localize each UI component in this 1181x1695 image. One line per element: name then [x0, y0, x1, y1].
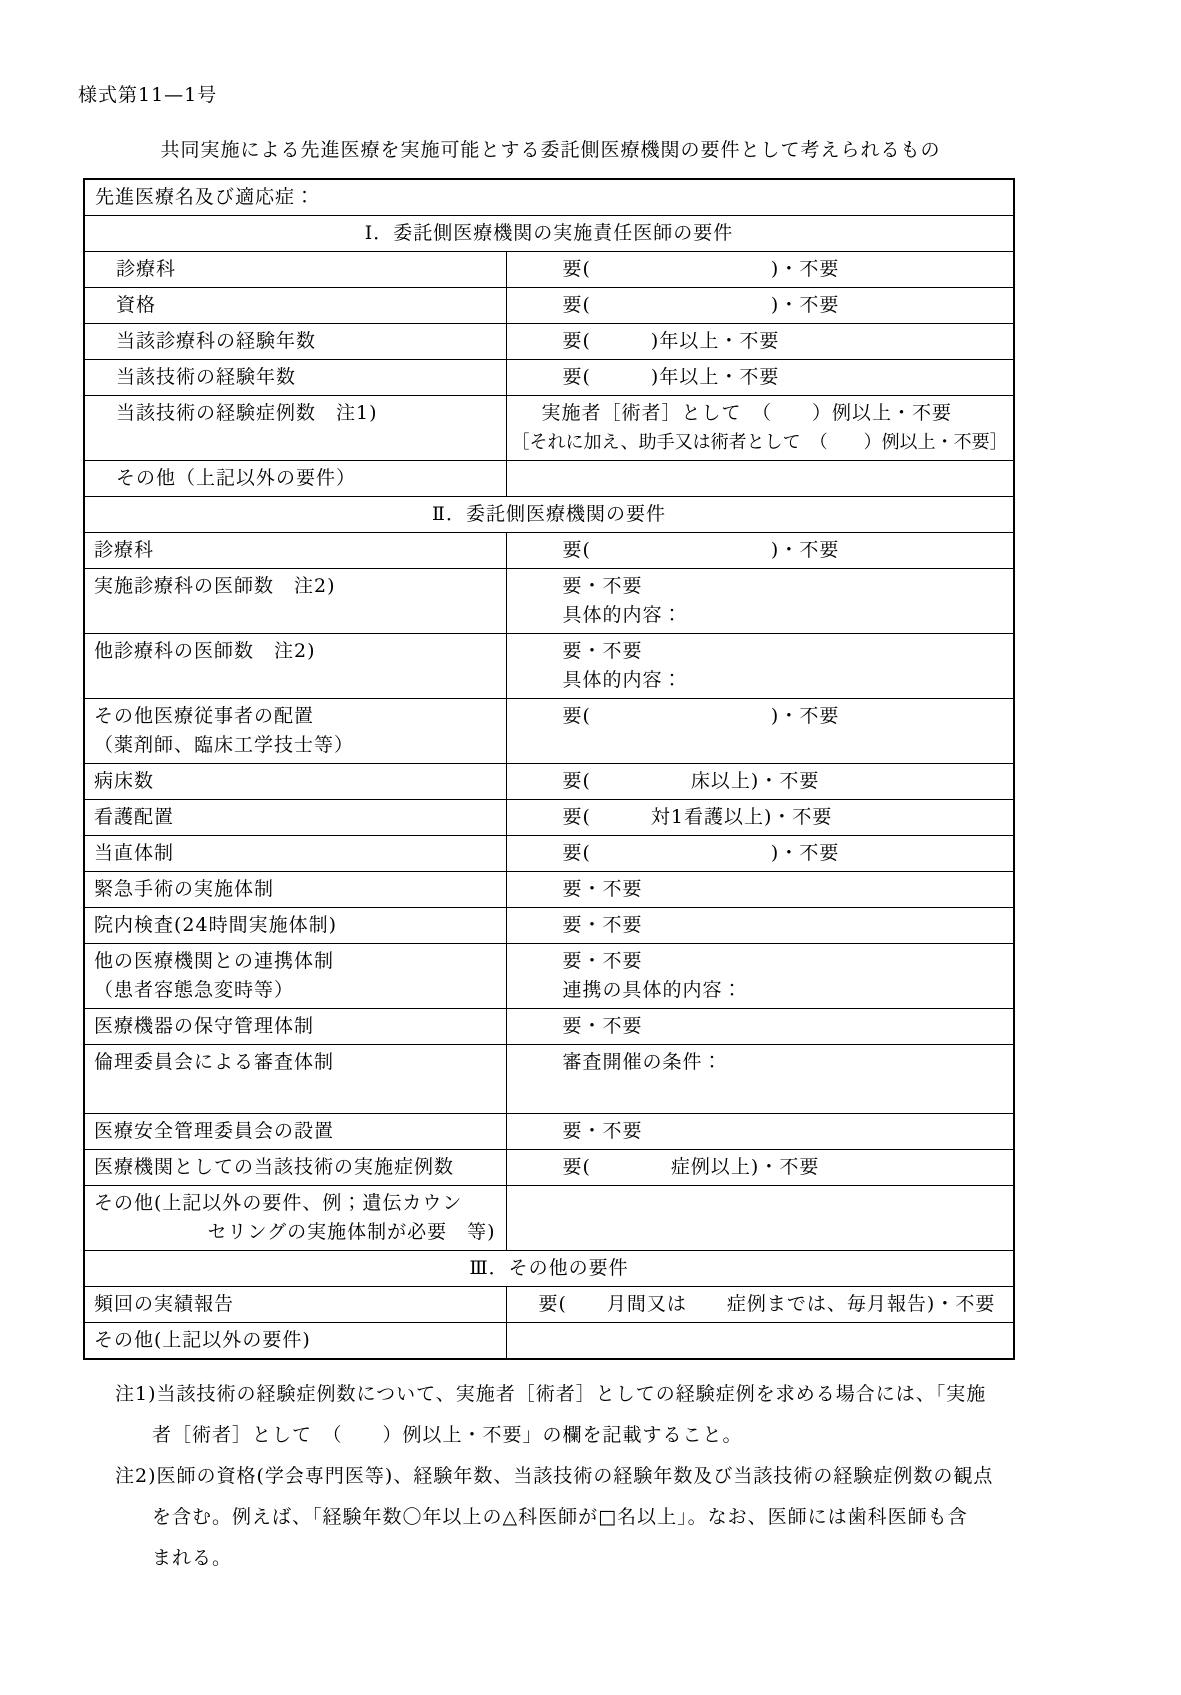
- table-row-cooperation-system: 他の医療機関との連携体制 （患者容態急変時等） 要・不要 連携の具体的内容：: [84, 944, 1014, 1009]
- row-value-line1: 実施者［術者］として （ ）例以上・不要: [512, 399, 1010, 428]
- row-label: その他医療従事者の配置 （薬剤師、臨床工学技士等）: [84, 699, 506, 764]
- note1-line2: 者［術者］として （ ）例以上・不要」の欄を記載すること。: [152, 1415, 1181, 1456]
- row-label: 倫理委員会による審査体制: [84, 1045, 506, 1114]
- row-label: その他（上記以外の要件）: [84, 461, 506, 497]
- row-value: 要・不要 具体的内容：: [506, 634, 1014, 699]
- form-number: 様式第11—1号: [78, 80, 1181, 107]
- row-value: [506, 1186, 1014, 1251]
- row-value: [506, 1323, 1014, 1360]
- table-row-department: 診療科 要( )・不要: [84, 252, 1014, 288]
- row-label: 看護配置: [84, 800, 506, 836]
- row-label: 医療機関としての当該技術の実施症例数: [84, 1150, 506, 1186]
- requirements-table: 先進医療名及び適応症： Ⅰ．委託側医療機関の実施責任医師の要件 診療科 要( )…: [83, 178, 1015, 1360]
- note2-line3: まれる。: [152, 1538, 1181, 1579]
- table-row-equipment-maintenance: 医療機器の保守管理体制 要・不要: [84, 1009, 1014, 1045]
- row-label-line1: その他(上記以外の要件、例；遺伝カウン: [94, 1189, 502, 1218]
- row-value: 要( )年以上・不要: [506, 324, 1014, 360]
- row-value: 要・不要: [506, 1009, 1014, 1045]
- row-label: 資格: [84, 288, 506, 324]
- row-label: 他診療科の医師数 注2): [84, 634, 506, 699]
- row-label-line2: セリングの実施体制が必要 等): [94, 1218, 502, 1247]
- row-value: 要( 床以上)・不要: [506, 764, 1014, 800]
- footnotes: 注1)当該技術の経験症例数について、実施者［術者］としての経験症例を求める場合に…: [115, 1374, 1181, 1579]
- row-value: 要・不要 連携の具体的内容：: [506, 944, 1014, 1009]
- row-value: [506, 461, 1014, 497]
- document-page: 様式第11—1号 共同実施による先進医療を実施可能とする委託側医療機関の要件とし…: [0, 0, 1181, 1579]
- row-label: 当該技術の経験年数: [84, 360, 506, 396]
- row-label: 病床数: [84, 764, 506, 800]
- row-label: 先進医療名及び適応症：: [84, 179, 1014, 216]
- row-label: 当直体制: [84, 836, 506, 872]
- row-value: 要・不要: [506, 872, 1014, 908]
- table-row-other-requirements-1: その他（上記以外の要件）: [84, 461, 1014, 497]
- row-value: 要( )年以上・不要: [506, 360, 1014, 396]
- row-value-line1: 要・不要: [563, 572, 1010, 601]
- table-row-nursing-allocation: 看護配置 要( 対1看護以上)・不要: [84, 800, 1014, 836]
- row-value: 要・不要: [506, 908, 1014, 944]
- row-label-line1: その他医療従事者の配置: [94, 702, 502, 731]
- row-label: 頻回の実績報告: [84, 1287, 506, 1323]
- table-row-other-medical-staff: その他医療従事者の配置 （薬剤師、臨床工学技士等） 要( )・不要: [84, 699, 1014, 764]
- row-value: 要( )・不要: [506, 252, 1014, 288]
- note2-line1: 注2)医師の資格(学会専門医等)、経験年数、当該技術の経験年数及び当該技術の経験…: [115, 1456, 1181, 1497]
- row-value-line2: 具体的内容：: [563, 666, 1010, 695]
- row-label: 診療科: [84, 533, 506, 569]
- row-label: 診療科: [84, 252, 506, 288]
- section-title: Ⅲ．その他の要件: [84, 1251, 1014, 1287]
- table-row-dept-experience-years: 当該診療科の経験年数 要( )年以上・不要: [84, 324, 1014, 360]
- row-value: 要( )・不要: [506, 533, 1014, 569]
- row-value-line2: 具体的内容：: [563, 601, 1010, 630]
- note2-line2: を含む。例えば、「経験年数〇年以上の△科医師が□名以上」。なお、医師には歯科医師…: [152, 1497, 1181, 1538]
- row-value: 要・不要 具体的内容：: [506, 569, 1014, 634]
- row-label: 実施診療科の医師数 注2): [84, 569, 506, 634]
- row-value: 実施者［術者］として （ ）例以上・不要 ［それに加え、助手又は術者として （ …: [506, 396, 1014, 461]
- table-row-inhospital-testing: 院内検査(24時間実施体制) 要・不要: [84, 908, 1014, 944]
- row-value: 要( )・不要: [506, 288, 1014, 324]
- row-label: 緊急手術の実施体制: [84, 872, 506, 908]
- row-label: 医療安全管理委員会の設置: [84, 1114, 506, 1150]
- table-row-other-dept-doctors: 他診療科の医師数 注2) 要・不要 具体的内容：: [84, 634, 1014, 699]
- row-label: 医療機器の保守管理体制: [84, 1009, 506, 1045]
- table-row-advanced-care-name: 先進医療名及び適応症：: [84, 179, 1014, 216]
- row-label: 当該技術の経験症例数 注1): [84, 396, 506, 461]
- row-value: 要( 症例以上)・不要: [506, 1150, 1014, 1186]
- row-label-line2: （薬剤師、臨床工学技士等）: [94, 731, 502, 760]
- section-title: Ⅰ．委託側医療機関の実施責任医師の要件: [84, 216, 1014, 252]
- table-row-department-2: 診療科 要( )・不要: [84, 533, 1014, 569]
- table-row-qualification: 資格 要( )・不要: [84, 288, 1014, 324]
- table-row-tech-experience-years: 当該技術の経験年数 要( )年以上・不要: [84, 360, 1014, 396]
- table-row-night-duty: 当直体制 要( )・不要: [84, 836, 1014, 872]
- row-label: 他の医療機関との連携体制 （患者容態急変時等）: [84, 944, 506, 1009]
- table-row-other-requirements-2: その他(上記以外の要件、例；遺伝カウン セリングの実施体制が必要 等): [84, 1186, 1014, 1251]
- row-value: 要( )・不要: [506, 699, 1014, 764]
- row-value: 要・不要: [506, 1114, 1014, 1150]
- row-label: 院内検査(24時間実施体制): [84, 908, 506, 944]
- table-row-safety-committee: 医療安全管理委員会の設置 要・不要: [84, 1114, 1014, 1150]
- row-value: 要( 月間又は 症例までは、毎月報告)・不要: [506, 1287, 1014, 1323]
- section-title: Ⅱ．委託側医療機関の要件: [84, 497, 1014, 533]
- table-row-emergency-surgery: 緊急手術の実施体制 要・不要: [84, 872, 1014, 908]
- table-row-tech-case-count: 当該技術の経験症例数 注1) 実施者［術者］として （ ）例以上・不要 ［それに…: [84, 396, 1014, 461]
- row-label-line1: 他の医療機関との連携体制: [94, 947, 502, 976]
- table-row-other-requirements-3: その他(上記以外の要件): [84, 1323, 1014, 1360]
- row-value: 審査開催の条件：: [506, 1045, 1014, 1114]
- row-value-line1: 要・不要: [563, 637, 1010, 666]
- table-row-ethics-committee: 倫理委員会による審査体制 審査開催の条件：: [84, 1045, 1014, 1114]
- document-title: 共同実施による先進医療を実施可能とする委託側医療機関の要件として考えられるもの: [83, 135, 1018, 162]
- row-value-line2: 連携の具体的内容：: [563, 976, 1010, 1005]
- table-row-bed-count: 病床数 要( 床以上)・不要: [84, 764, 1014, 800]
- row-value-line1: 要・不要: [563, 947, 1010, 976]
- table-row-frequent-reporting: 頻回の実績報告 要( 月間又は 症例までは、毎月報告)・不要: [84, 1287, 1014, 1323]
- row-label: 当該診療科の経験年数: [84, 324, 506, 360]
- table-row-implementing-dept-doctors: 実施診療科の医師数 注2) 要・不要 具体的内容：: [84, 569, 1014, 634]
- section-header-2: Ⅱ．委託側医療機関の要件: [84, 497, 1014, 533]
- row-label: その他(上記以外の要件、例；遺伝カウン セリングの実施体制が必要 等): [84, 1186, 506, 1251]
- row-value: 要( 対1看護以上)・不要: [506, 800, 1014, 836]
- section-header-3: Ⅲ．その他の要件: [84, 1251, 1014, 1287]
- section-header-1: Ⅰ．委託側医療機関の実施責任医師の要件: [84, 216, 1014, 252]
- row-label-line2: （患者容態急変時等）: [94, 976, 502, 1005]
- row-value: 要( )・不要: [506, 836, 1014, 872]
- row-value-line2: ［それに加え、助手又は術者として （ ）例以上・不要］: [512, 428, 1010, 457]
- note1-line1: 注1)当該技術の経験症例数について、実施者［術者］としての経験症例を求める場合に…: [115, 1374, 1181, 1415]
- row-label: その他(上記以外の要件): [84, 1323, 506, 1360]
- table-row-institution-case-count: 医療機関としての当該技術の実施症例数 要( 症例以上)・不要: [84, 1150, 1014, 1186]
